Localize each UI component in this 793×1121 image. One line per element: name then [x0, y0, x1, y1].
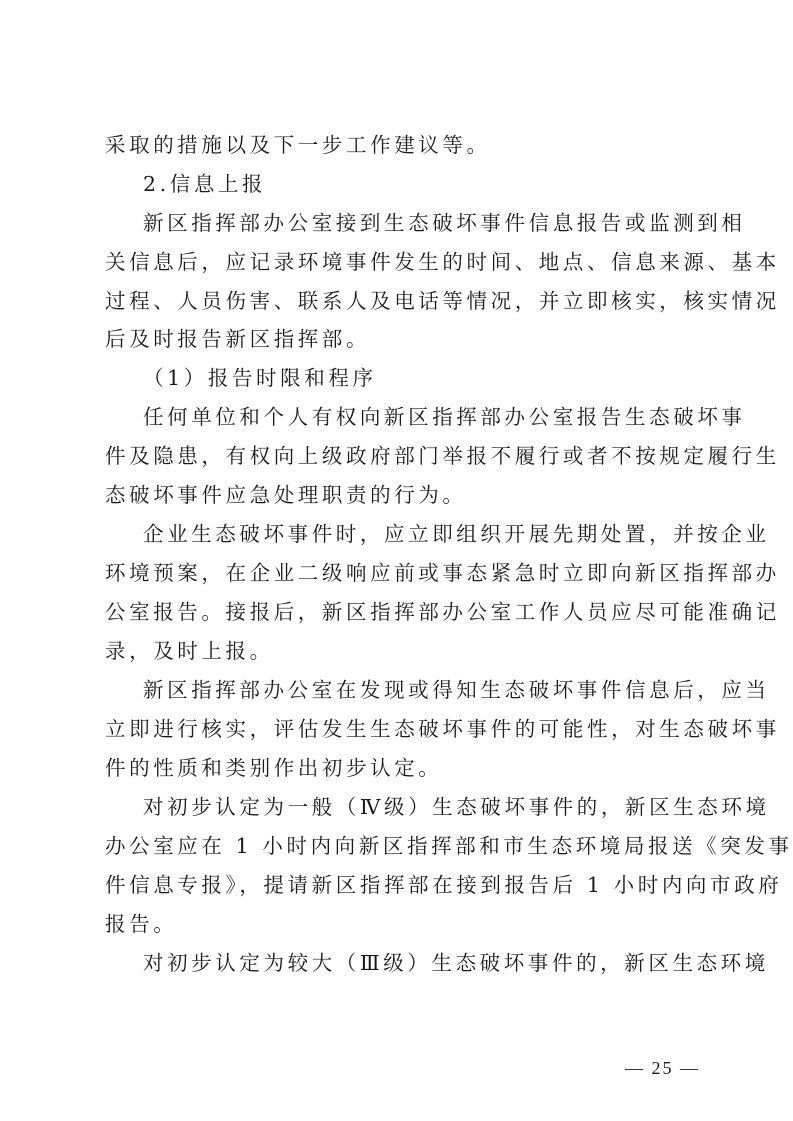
- text-line: 录，及时上报。: [105, 637, 705, 665]
- document-page: 采取的措施以及下一步工作建议等。 2.信息上报 新区指挥部办公室接到生态破坏事件…: [0, 0, 793, 1121]
- text-line: 办公室应在 1 小时内向新区指挥部和市生态环境局报送《突发事: [105, 832, 705, 860]
- section-heading: 2.信息上报: [143, 170, 743, 198]
- text-line: 企业生态破坏事件时，应立即组织开展先期处置，并按企业: [143, 520, 743, 548]
- text-line: 件的性质和类别作出初步认定。: [105, 754, 705, 782]
- text-line: 关信息后，应记录环境事件发生的时间、地点、信息来源、基本: [105, 248, 705, 276]
- text-line: 后及时报告新区指挥部。: [105, 325, 705, 353]
- text-line: 态破坏事件应急处理职责的行为。: [105, 481, 705, 509]
- text-line: 过程、人员伤害、联系人及电话等情况，并立即核实，核实情况: [105, 287, 705, 315]
- subsection-heading: （1）报告时限和程序: [143, 364, 743, 392]
- text-line: 任何单位和个人有权向新区指挥部办公室报告生态破坏事: [143, 403, 743, 431]
- text-line: 新区指挥部办公室接到生态破坏事件信息报告或监测到相: [143, 209, 743, 237]
- text-line: 环境预案，在企业二级响应前或事态紧急时立即向新区指挥部办: [105, 559, 705, 587]
- text-line: 公室报告。接报后，新区指挥部办公室工作人员应尽可能准确记: [105, 598, 705, 626]
- text-line: 立即进行核实，评估发生生态破坏事件的可能性，对生态破坏事: [105, 715, 705, 743]
- text-line: 件信息专报》，提请新区指挥部在接到报告后 1 小时内向市政府: [105, 871, 705, 899]
- text-line: 对初步认定为一般（Ⅳ级）生态破坏事件的，新区生态环境: [143, 793, 743, 821]
- text-line: 新区指挥部办公室在发现或得知生态破坏事件信息后，应当: [143, 676, 743, 704]
- text-line: 件及隐患，有权向上级政府部门举报不履行或者不按规定履行生: [105, 442, 705, 470]
- page-number: — 25 —: [625, 1058, 700, 1079]
- text-line: 对初步认定为较大（Ⅲ级）生态破坏事件的，新区生态环境: [143, 949, 743, 977]
- text-line: 报告。: [105, 910, 705, 938]
- text-line: 采取的措施以及下一步工作建议等。: [105, 131, 705, 159]
